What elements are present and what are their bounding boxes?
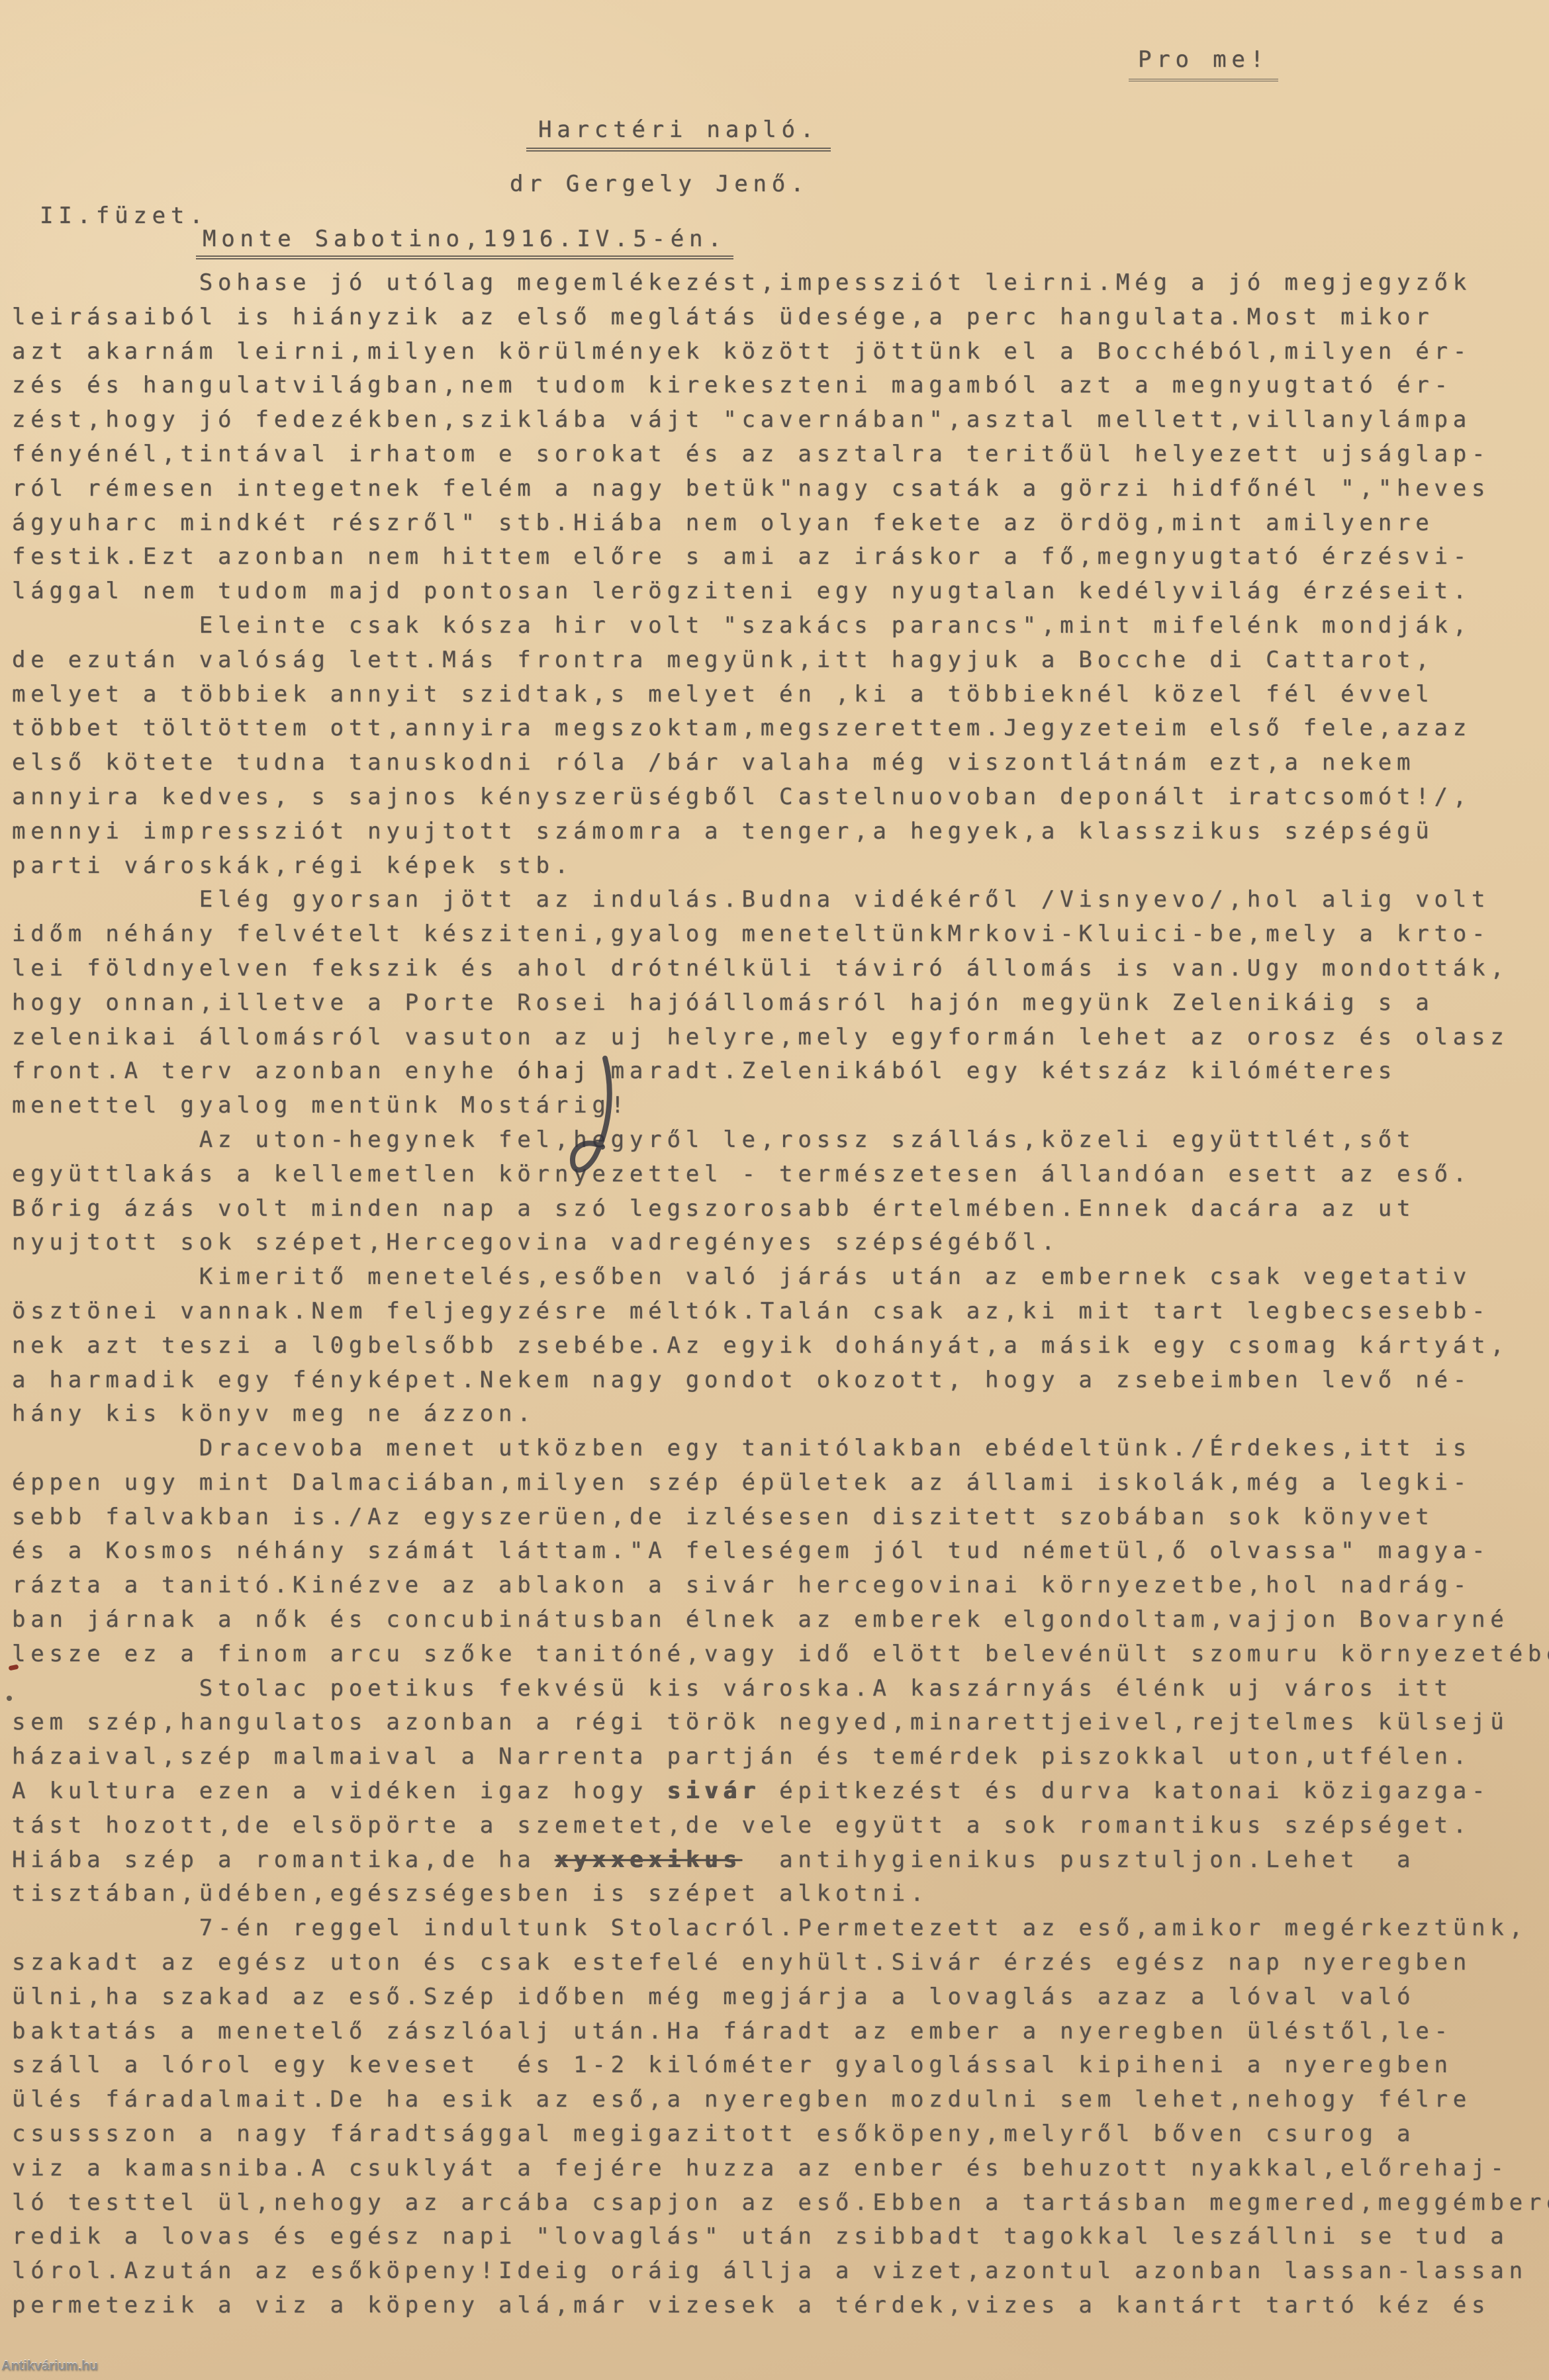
body-line: zés és hangulatvilágban,nem tudom kireke…	[12, 369, 1549, 403]
body-line: mennyi impressziót nyujtott számomra a t…	[12, 815, 1549, 849]
highlighted-word: xyxxexikus	[555, 1847, 742, 1873]
body-line: első kötete tudna tanuskodni róla /bár v…	[12, 746, 1549, 780]
body-line: és a Kosmos néhány számát láttam."A fele…	[12, 1534, 1549, 1569]
body-line: permetezik a viz a köpeny alá,már vizese…	[12, 2289, 1549, 2323]
body-line: baktatás a menetelő zászlóalj után.Ha fá…	[12, 2015, 1549, 2049]
body-line: együttlakás a kellemetlen környezettel -…	[12, 1158, 1549, 1192]
handwritten-ink-correction	[564, 1054, 637, 1187]
body-line: ban járnak a nők és concubinátusban élne…	[12, 1603, 1549, 1637]
body-line: melyet a többiek annyit szidtak,s melyet…	[12, 678, 1549, 712]
body-line: hány kis könyv meg ne ázzon.	[12, 1397, 1549, 1432]
body-line: festik.Ezt azonban nem hittem előre s am…	[12, 540, 1549, 574]
dateline: Monte Sabotino,1916.IV.5-én.	[196, 226, 733, 259]
body-line: de ezután valóság lett.Más frontra megyü…	[12, 643, 1549, 678]
body-line: éppen ugy mint Dalmaciában,milyen szép é…	[12, 1466, 1549, 1500]
body-line: leirásaiból is hiányzik az első meglátás…	[12, 300, 1549, 335]
body-line: A kultura ezen a vidéken igaz hogy sivár…	[12, 1774, 1549, 1809]
body-line: többet töltöttem ott,annyira megszoktam,…	[12, 711, 1549, 746]
body-line: lei földnyelven fekszik és ahol drótnélk…	[12, 952, 1549, 986]
body-line: annyira kedves, s sajnos kényszerüségből…	[12, 780, 1549, 815]
body-line: ülni,ha szakad az eső.Szép időben még me…	[12, 1980, 1549, 2015]
body-line: viz a kamasniba.A csuklyát a fejére huzz…	[12, 2152, 1549, 2186]
body-line: sebb falvakban is./Az egyszerüen,de izlé…	[12, 1500, 1549, 1535]
body-line: lórol.Azután az esőköpeny!Ideig oráig ál…	[12, 2254, 1549, 2289]
body-line: száll a lórol egy keveset és 1-2 kilómét…	[12, 2048, 1549, 2083]
author-line: dr Gergely Jenő.	[510, 171, 809, 197]
body-line: 7-én reggel indultunk Stolacról.Permetez…	[12, 1911, 1549, 1946]
highlighted-word: sivár	[667, 1778, 760, 1804]
ink-dot-mark	[7, 1696, 12, 1701]
page-title: Harctéri napló.	[526, 116, 831, 152]
body-line: parti városkák,régi képek stb.	[12, 849, 1549, 884]
body-line: sem szép,hangulatos azonban a régi török…	[12, 1706, 1549, 1740]
body-line: zést,hogy jó fedezékben,sziklába vájt "c…	[12, 403, 1549, 437]
body-line: ló testtel ül,nehogy az arcába csapjon a…	[12, 2186, 1549, 2220]
body-line: tást hozott,de elsöpörte a szemetet,de v…	[12, 1809, 1549, 1843]
body-line: hogy onnan,illetve a Porte Rosei hajóáll…	[12, 986, 1549, 1021]
body-line: Eleinte csak kósza hir volt "szakács par…	[12, 609, 1549, 643]
body-line: Stolac poetikus fekvésü kis városka.A ka…	[12, 1672, 1549, 1706]
body-line: ösztönei vannak.Nem feljegyzésre méltók.…	[12, 1295, 1549, 1329]
body-line: Sohase jó utólag megemlékezést,impesszió…	[12, 266, 1549, 300]
body-line: nek azt teszi a l0gbelsőbb zsebébe.Az eg…	[12, 1329, 1549, 1363]
body-line: nyujtott sok szépet,Hercegovina vadregén…	[12, 1226, 1549, 1260]
body-line: Dracevoba menet utközben egy tanitólakba…	[12, 1432, 1549, 1466]
body-line: front.A terv azonban enyhe óhaj maradt.Z…	[12, 1054, 1549, 1089]
body-line: zelenikai állomásról vasuton az uj helyr…	[12, 1021, 1549, 1055]
body-line: azt akarnám leirni,milyen körülmények kö…	[12, 335, 1549, 369]
body-line: Bőrig ázás volt minden nap a szó legszor…	[12, 1192, 1549, 1226]
pro-me-note: Pro me!	[1129, 46, 1278, 81]
body-line: Elég gyorsan jött az indulás.Budna vidék…	[12, 883, 1549, 917]
body-line: időm néhány felvételt késziteni,gyalog m…	[12, 917, 1549, 952]
body-line: lesze ez a finom arcu szőke tanitóné,vag…	[12, 1637, 1549, 1672]
body-line: redik a lovas és egész napi "lovaglás" u…	[12, 2220, 1549, 2254]
body-line: ról rémesen integetnek felém a nagy betü…	[12, 472, 1549, 506]
body-line: a harmadik egy fényképet.Nekem nagy gond…	[12, 1363, 1549, 1398]
body-line: Hiába szép a romantika,de ha xyxxexikus …	[12, 1843, 1549, 1878]
body-line: csussszon a nagy fáradtsággal megigazito…	[12, 2117, 1549, 2152]
diary-page: Pro me! Harctéri napló. dr Gergely Jenő.…	[0, 0, 1549, 2380]
body-line: fényénél,tintával irhatom e sorokat és a…	[12, 437, 1549, 472]
body-line: Kimeritő menetelés,esőben való járás utá…	[12, 1260, 1549, 1295]
body-line: ülés fáradalmait.De ha esik az eső,a nye…	[12, 2083, 1549, 2117]
body-line: házaival,szép malmaival a Narrenta partj…	[12, 1740, 1549, 1774]
body-line: Az uton-hegynek fel,hegyről le,rossz szá…	[12, 1123, 1549, 1158]
notebook-number: II.füzet.	[40, 203, 208, 229]
body-line: lággal nem tudom majd pontosan lerögzite…	[12, 574, 1549, 609]
antikvarium-watermark: Antikvárium.hu	[1, 2359, 98, 2374]
body-line: tisztában,üdében,egészségesben is szépet…	[12, 1877, 1549, 1911]
body-line: ágyuharc mindkét részről" stb.Hiába nem …	[12, 506, 1549, 541]
body-line: menettel gyalog mentünk Mostárig!	[12, 1089, 1549, 1123]
diary-body: Sohase jó utólag megemlékezést,impesszió…	[12, 266, 1549, 2323]
body-line: rázta a tanitó.Kinézve az ablakon a sivá…	[12, 1569, 1549, 1603]
body-line: szakadt az egész uton és csak estefelé e…	[12, 1946, 1549, 1980]
